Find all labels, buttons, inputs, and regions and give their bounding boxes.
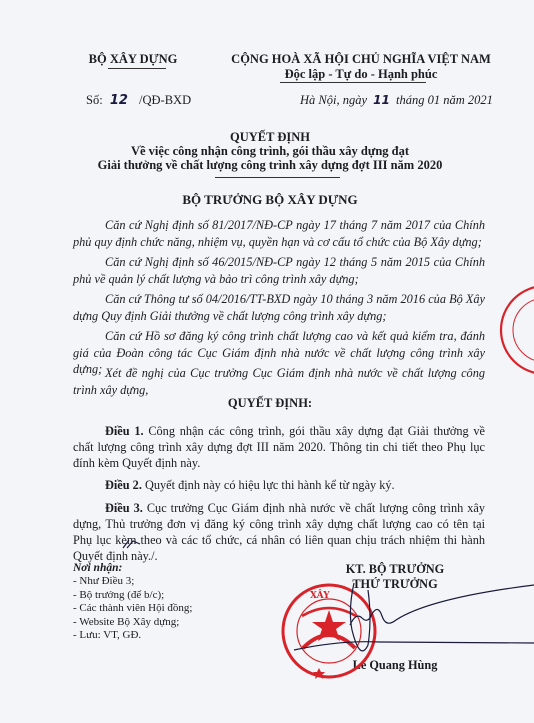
svg-text:XÂY: XÂY (310, 589, 330, 601)
issuing-authority: BỘ TRƯỞNG BỘ XÂY DỰNG (90, 192, 450, 208)
article-label: Điều 1. (105, 424, 144, 438)
national-motto: Độc lập - Tự do - Hạnh phúc (230, 67, 492, 82)
place-date-suffix: tháng 01 năm 2021 (396, 93, 493, 107)
decision-heading: QUYẾT ĐỊNH (90, 130, 450, 144)
article-2: Điều 2. Quyết định này có hiệu lực thi h… (73, 477, 485, 493)
partial-seal-edge-icon (501, 286, 534, 374)
article-text: Quyết định này có hiệu lực thi hành kể t… (145, 478, 395, 492)
motto-underline (280, 82, 426, 83)
signature-title: KT. BỘ TRƯỞNG THỨ TRƯỞNG (340, 562, 450, 592)
recipient-item: - Bộ trưởng (để b/c); (73, 589, 273, 602)
recipients-block: Nơi nhận: - Như Điều 3; - Bộ trưởng (để … (73, 562, 273, 642)
preamble-item: Xét đề nghị của Cục trưởng Cục Giám định… (73, 365, 485, 398)
recipient-item: - Lưu: VT, GĐ. (73, 629, 273, 642)
signer-name: Lê Quang Hùng (340, 658, 450, 673)
preamble-item: Căn cứ Nghị định số 46/2015/NĐ-CP ngày 1… (73, 254, 485, 287)
preamble-item: Căn cứ Thông tư số 04/2016/TT-BXD ngày 1… (73, 291, 485, 324)
decision-title-block: QUYẾT ĐỊNH Về việc công nhận công trình,… (90, 130, 450, 172)
issuing-organization: BỘ XÂY DỰNG (78, 52, 188, 67)
preamble-item: Căn cứ Nghị định số 81/2017/NĐ-CP ngày 1… (73, 217, 485, 250)
nation-name: CỘNG HOÀ XÃ HỘI CHỦ NGHĨA VIỆT NAM (230, 52, 492, 67)
article-label: Điều 3. (105, 501, 143, 515)
title-underline (215, 177, 340, 178)
on-behalf-of: KT. BỘ TRƯỞNG (340, 562, 450, 577)
recipients-heading: Nơi nhận: (73, 562, 273, 575)
doc-no-handwritten: 12 (110, 93, 128, 108)
handwritten-signature (294, 583, 534, 651)
recipient-item: - Như Điều 3; (73, 575, 273, 588)
doc-no-label: Số: (86, 93, 103, 107)
subject-line-1: Về việc công nhận công trình, gói thầu x… (90, 144, 450, 158)
national-header: CỘNG HOÀ XÃ HỘI CHỦ NGHĨA VIỆT NAM Độc l… (230, 52, 492, 82)
day-handwritten: 11 (373, 93, 390, 107)
article-label: Điều 2. (105, 478, 142, 492)
doc-no-suffix: /QĐ-BXD (139, 93, 191, 107)
article-3: Điều 3. Cục trưởng Cục Giám định nhà nướ… (73, 500, 485, 564)
document-number: Số: 12 /QĐ-BXD (86, 93, 191, 108)
recipient-item: - Website Bộ Xây dựng; (73, 616, 273, 629)
place-date-prefix: Hà Nội, ngày (300, 93, 367, 107)
organization-underline (108, 68, 166, 69)
subject-line-2: Giải thưởng về chất lượng công trình xây… (90, 158, 450, 172)
article-1: Điều 1. Công nhận các công trình, gói th… (73, 423, 485, 471)
signer-position: THỨ TRƯỞNG (340, 577, 450, 592)
recipient-item: - Các thành viên Hội đồng; (73, 602, 273, 615)
place-and-date: Hà Nội, ngày 11 tháng 01 năm 2021 (300, 93, 493, 108)
decision-section-heading: QUYẾT ĐỊNH: (90, 396, 450, 411)
